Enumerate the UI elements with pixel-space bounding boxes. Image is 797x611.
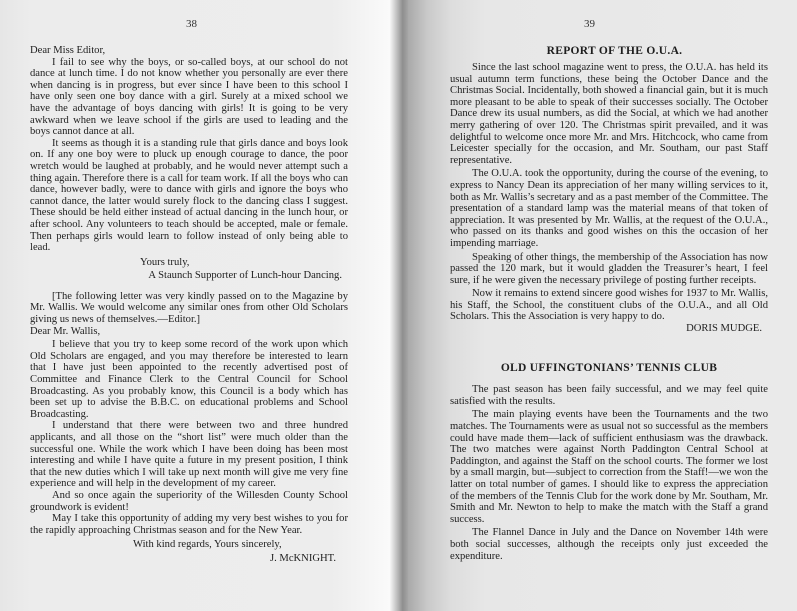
left-page-text-column: Dear Miss Editor, I fail to see why the … bbox=[30, 45, 348, 565]
oua-report-heading: REPORT OF THE O.U.A. bbox=[408, 45, 797, 57]
letter1-salutation: Dear Miss Editor, bbox=[30, 45, 348, 57]
letter2-paragraph: And so once again the superiority of the… bbox=[30, 490, 348, 513]
page-number-right: 39 bbox=[584, 18, 595, 30]
editor-note: [The following letter was very kindly pa… bbox=[30, 291, 348, 326]
letter1-paragraph: It seems as though it is a standing rule… bbox=[30, 138, 348, 254]
letter2-paragraph: I understand that there were between two… bbox=[30, 420, 348, 490]
letter1-closing: Yours truly, bbox=[30, 257, 348, 269]
letter2-closing: With kind regards, Yours sincerely, bbox=[30, 539, 348, 551]
right-page: 39 REPORT OF THE O.U.A. Since the last s… bbox=[408, 0, 797, 611]
oua-report-paragraph: The O.U.A. took the opportunity, during … bbox=[450, 168, 768, 249]
book-gutter bbox=[390, 0, 408, 611]
left-page: 38 Dear Miss Editor, I fail to see why t… bbox=[0, 0, 390, 611]
oua-report-paragraph: Speaking of other things, the membership… bbox=[450, 252, 768, 287]
right-page-text-column: Since the last school magazine went to p… bbox=[450, 62, 768, 562]
tennis-club-paragraph: The main playing events have been the To… bbox=[450, 409, 768, 525]
oua-report-signature: DORIS MUDGE. bbox=[450, 323, 768, 335]
oua-report-paragraph: Now it remains to extend sincere good wi… bbox=[450, 288, 768, 323]
letter1-paragraph: I fail to see why the boys, or so-called… bbox=[30, 57, 348, 138]
oua-report-paragraph: Since the last school magazine went to p… bbox=[450, 62, 768, 166]
letter2-signature: J. McKNIGHT. bbox=[30, 553, 348, 565]
tennis-club-paragraph: The past season has been faily successfu… bbox=[450, 384, 768, 407]
letter2-paragraph: I believe that you try to keep some reco… bbox=[30, 339, 348, 420]
letter2-salutation: Dear Mr. Wallis, bbox=[30, 326, 348, 338]
letter2-paragraph: May I take this opportunity of adding my… bbox=[30, 513, 348, 536]
tennis-club-paragraph: The Flannel Dance in July and the Dance … bbox=[450, 527, 768, 562]
letter1-signature: A Staunch Supporter of Lunch-hour Dancin… bbox=[30, 270, 348, 282]
page-number-left: 38 bbox=[186, 18, 197, 30]
book-spread: 38 Dear Miss Editor, I fail to see why t… bbox=[0, 0, 797, 611]
tennis-club-heading: OLD UFFINGTONIANS’ TENNIS CLUB bbox=[450, 363, 768, 375]
